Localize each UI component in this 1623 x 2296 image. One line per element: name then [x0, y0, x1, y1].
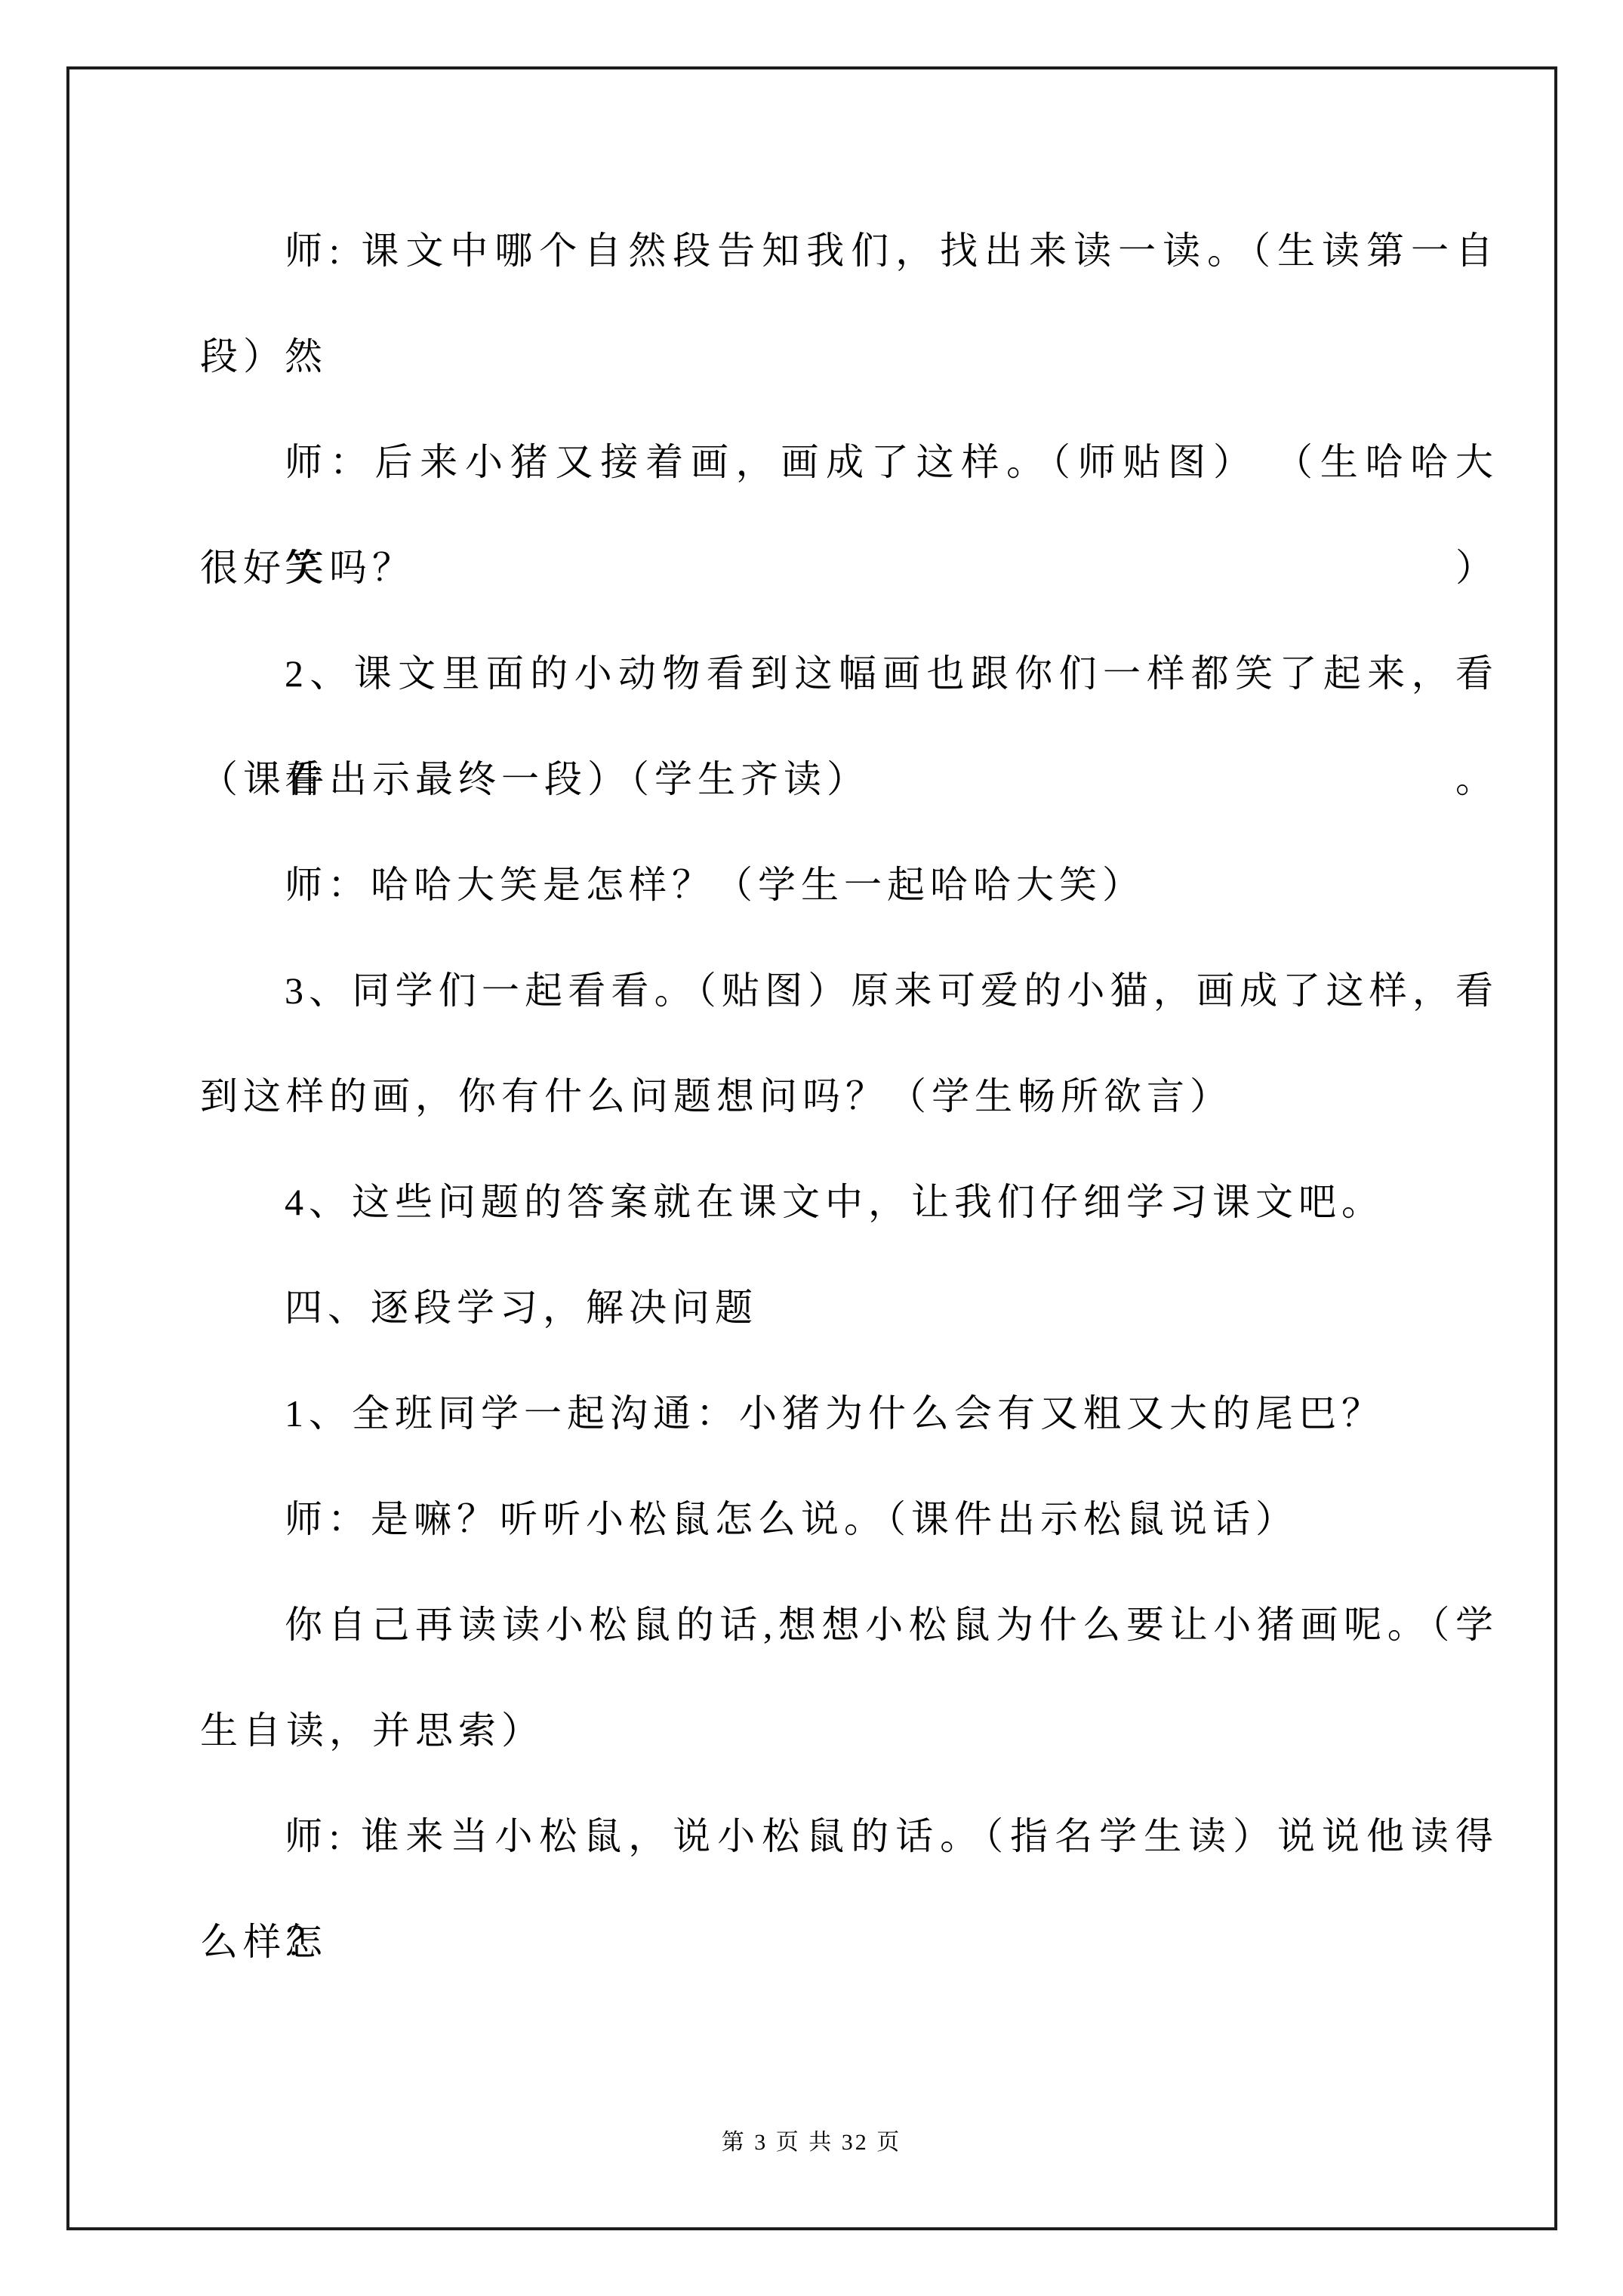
- document-body-text: 师: 课文中哪个自然段告知我们，找出来读一读。（生读第一自然 段） 师：后来小猪…: [200, 198, 1498, 1995]
- text-line: 段）: [200, 304, 1498, 409]
- text-line: 到这样的画，你有什么问题想问吗？（学生畅所欲言）: [200, 1043, 1498, 1149]
- text-line: 3、同学们一起看看。（贴图）原来可爱的小猫，画成了这样，看: [200, 938, 1498, 1043]
- text-line: 师：哈哈大笑是怎样？（学生一起哈哈大笑）: [200, 832, 1498, 938]
- document-page: { "document": { "paragraphs": [ { "lines…: [0, 0, 1623, 2296]
- text-line: 师：是嘛？听听小松鼠怎么说。（课件出示松鼠说话）: [200, 1466, 1498, 1572]
- text-line: 1、全班同学一起沟通：小猪为什么会有又粗又大的尾巴？: [200, 1361, 1498, 1466]
- text-line: 师: 课文中哪个自然段告知我们，找出来读一读。（生读第一自然: [200, 198, 1498, 304]
- page-number-label: 第 3 页 共 32 页: [722, 2130, 902, 2155]
- text-line: 师：后来小猪又接着画，画成了这样。（师贴图） （生哈哈大笑）: [200, 409, 1498, 515]
- text-line: 4、这些问题的答案就在课文中，让我们仔细学习课文吧。: [200, 1149, 1498, 1255]
- page-footer: 第 3 页 共 32 页: [0, 2123, 1623, 2156]
- text-line: 师: 谁来当小松鼠，说小松鼠的话。（指名学生读）说说他读得怎: [200, 1783, 1498, 1889]
- text-line: 生自读，并思索）: [200, 1678, 1498, 1783]
- text-line: 2、课文里面的小动物看到这幅画也跟你们一样都笑了起来，看看。: [200, 621, 1498, 726]
- text-line: 四、逐段学习，解决问题: [200, 1255, 1498, 1361]
- text-line: 么样？: [200, 1889, 1498, 1995]
- text-line: 你自己再读读小松鼠的话,想想小松鼠为什么要让小猪画呢。（学: [200, 1572, 1498, 1678]
